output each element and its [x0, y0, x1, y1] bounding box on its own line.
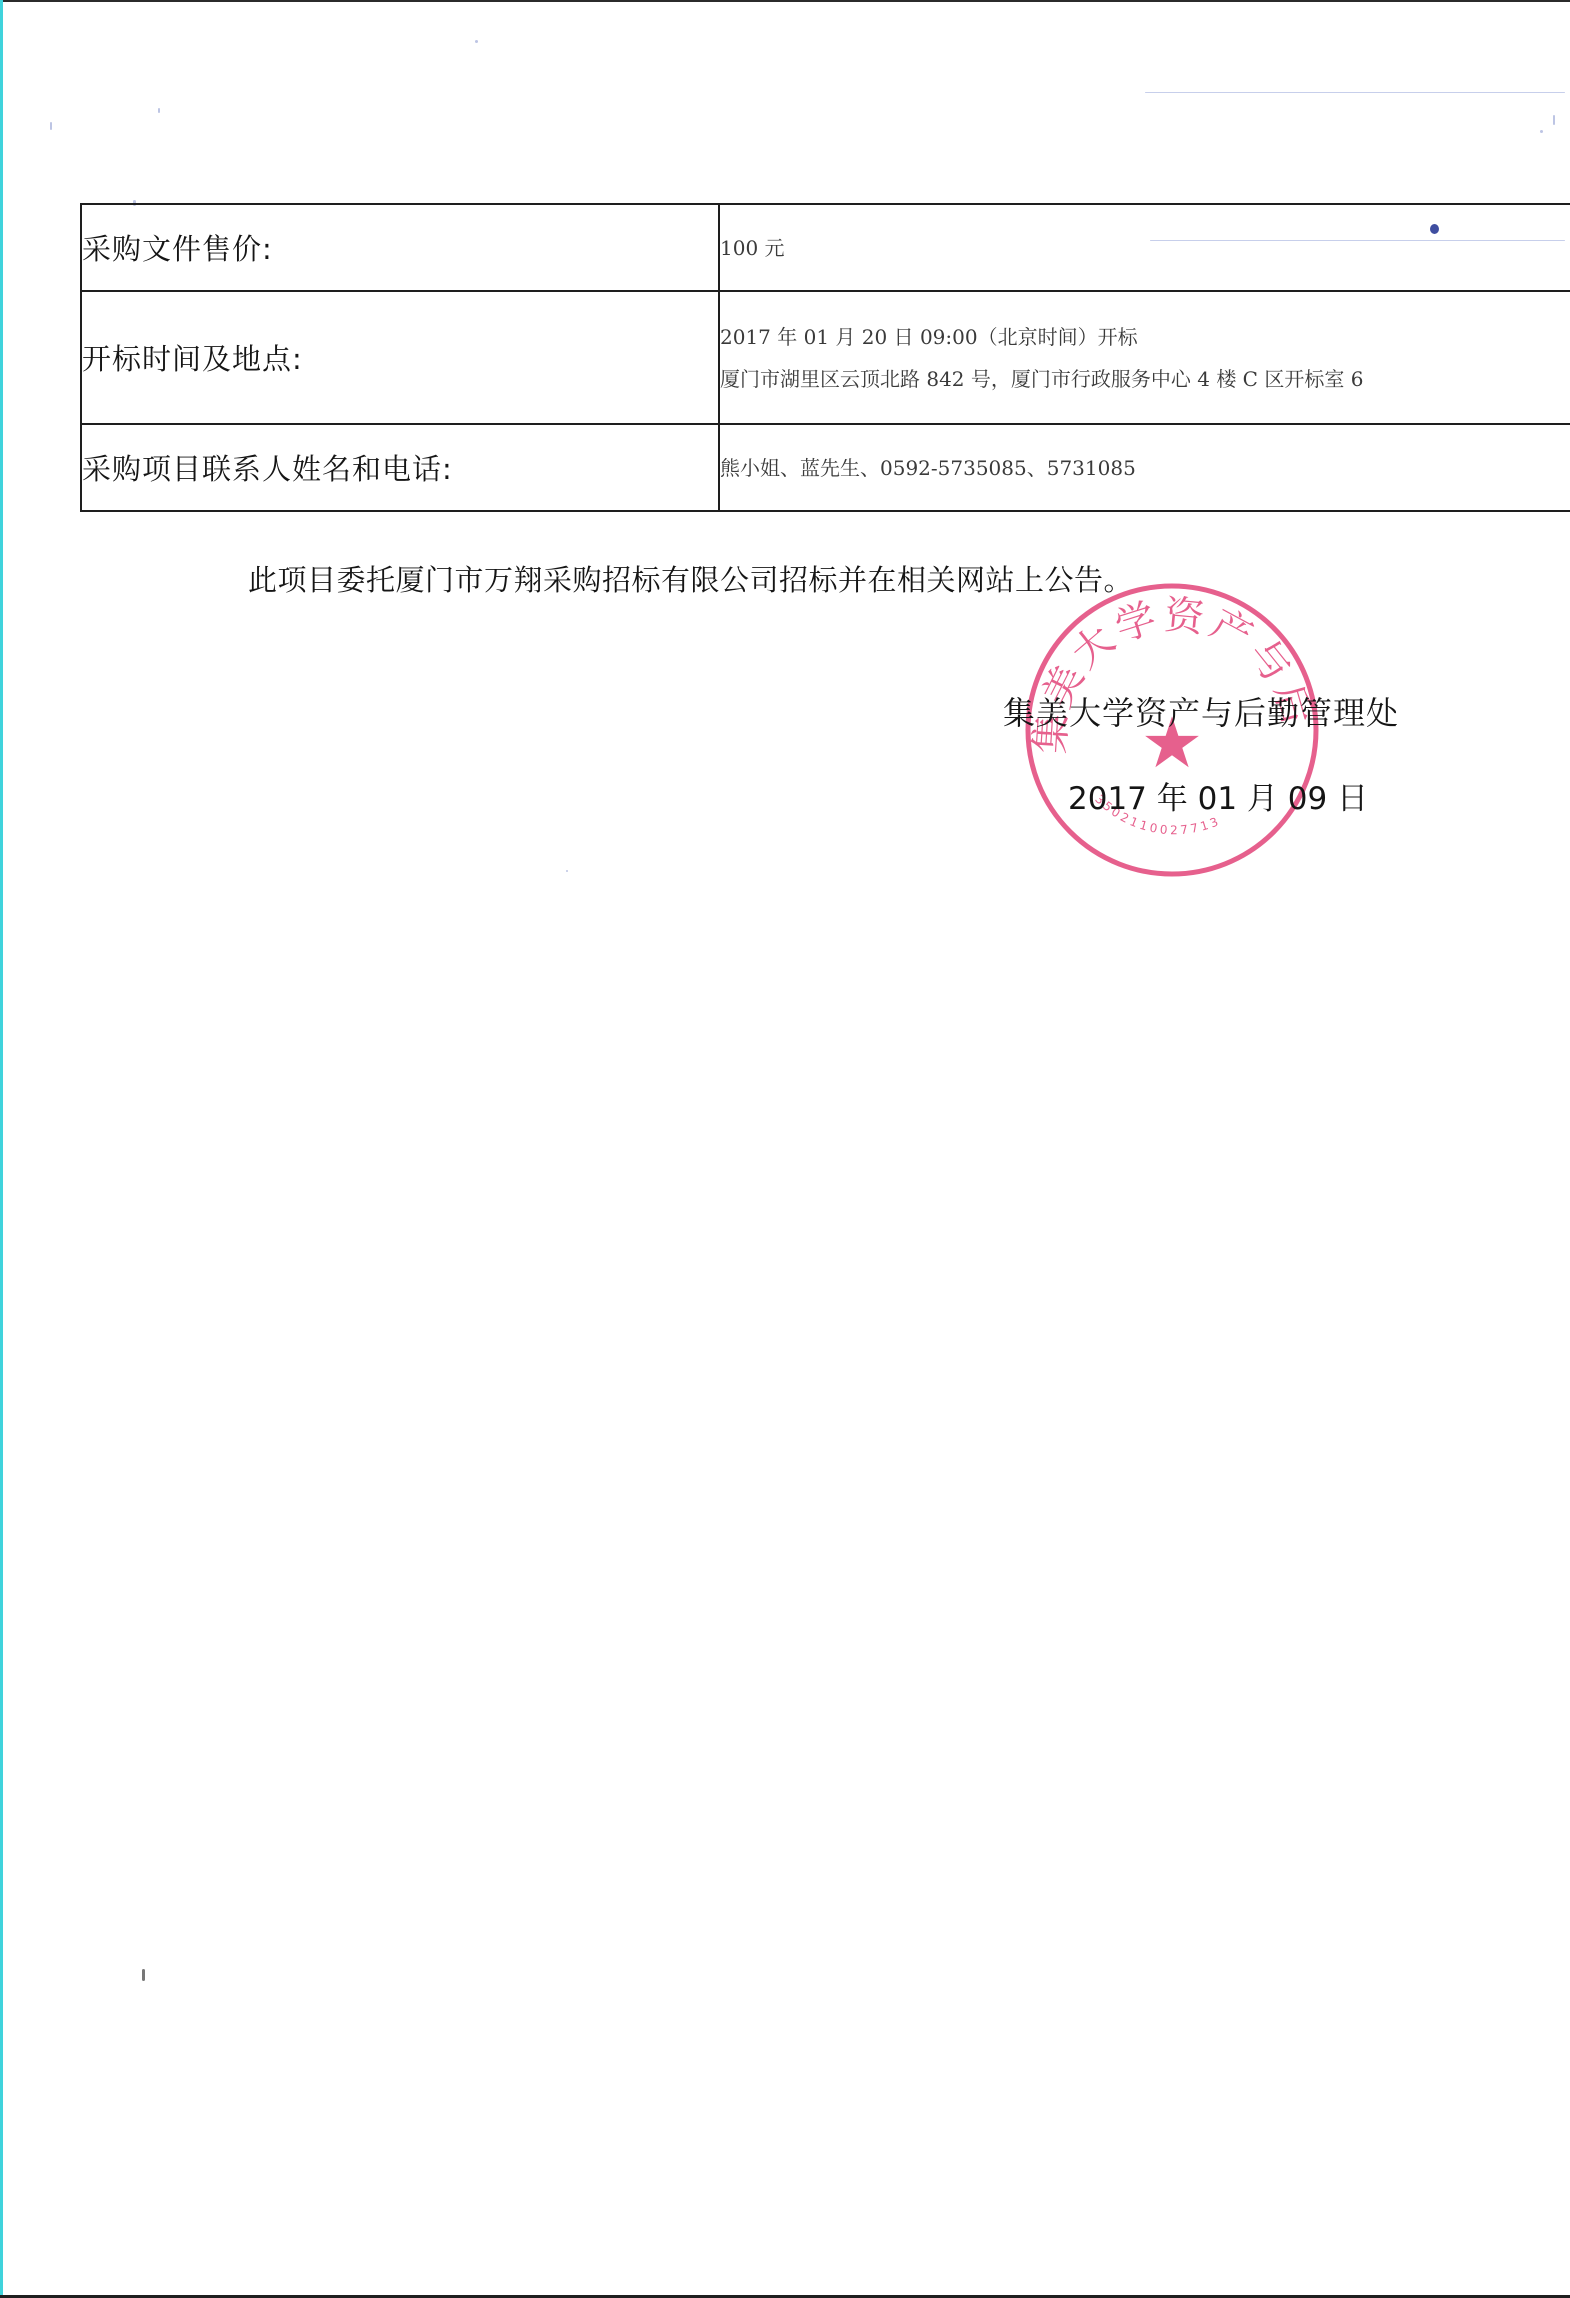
scan-speck	[158, 108, 160, 113]
row-label: 采购项目联系人姓名和电话:	[81, 424, 719, 511]
issue-date: 2017 年 01 月 09 日	[1068, 773, 1368, 818]
table-row-opening-time-place: 开标时间及地点: 2017 年 01 月 20 日 09:00（北京时间）开标 …	[81, 291, 1570, 424]
value-line: 熊小姐、蓝先生、0592-5735085、5731085	[720, 458, 1570, 478]
scan-speck	[142, 1969, 145, 1981]
table-row-document-price: 采购文件售价: 100 元	[81, 204, 1570, 291]
procurement-info-table: 采购文件售价: 100 元 开标时间及地点: 2017 年 01 月 20 日 …	[80, 203, 1570, 512]
value-line: 100 元	[720, 238, 1570, 258]
scanned-page: 采购文件售价: 100 元 开标时间及地点: 2017 年 01 月 20 日 …	[0, 0, 1570, 2298]
scan-speck	[566, 870, 568, 872]
table-row-contact: 采购项目联系人姓名和电话: 熊小姐、蓝先生、0592-5735085、57310…	[81, 424, 1570, 511]
scan-edge-left	[0, 0, 3, 2298]
value-line-place: 厦门市湖里区云顶北路 842 号，厦门市行政服务中心 4 楼 C 区开标室 6	[720, 369, 1570, 389]
row-value: 100 元	[719, 204, 1570, 291]
scan-edge-top	[0, 0, 1570, 2]
scan-speck	[1540, 130, 1543, 133]
scan-faint-line	[1145, 92, 1565, 93]
row-value: 熊小姐、蓝先生、0592-5735085、5731085	[719, 424, 1570, 511]
value-line-time: 2017 年 01 月 20 日 09:00（北京时间）开标	[720, 327, 1570, 347]
row-label: 开标时间及地点:	[81, 291, 719, 424]
row-value: 2017 年 01 月 20 日 09:00（北京时间）开标 厦门市湖里区云顶北…	[719, 291, 1570, 424]
scan-speck	[1553, 115, 1555, 125]
issuing-organization: 集美大学资产与后勤管理处	[1003, 688, 1399, 734]
row-label: 采购文件售价:	[81, 204, 719, 291]
scan-speck	[50, 122, 52, 130]
entrustment-notice: 此项目委托厦门市万翔采购招标有限公司招标并在相关网站上公告。	[248, 558, 1133, 599]
scan-speck	[475, 40, 478, 43]
